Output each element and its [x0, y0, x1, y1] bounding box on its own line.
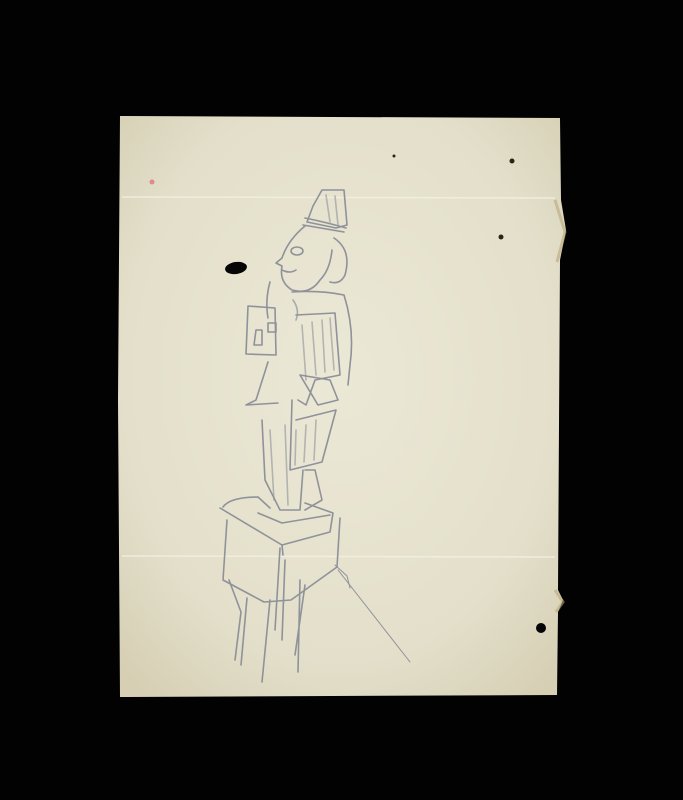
- fold-line-top: [122, 197, 555, 198]
- speck: [393, 155, 396, 158]
- speck: [499, 235, 504, 240]
- fold-line-bottom: [122, 556, 555, 557]
- red-speck: [150, 180, 155, 185]
- sketch-photo: [0, 0, 683, 800]
- paper-sheet: [118, 116, 566, 697]
- speck: [510, 159, 515, 164]
- punch-hole: [536, 623, 546, 633]
- photo-background: [0, 0, 683, 800]
